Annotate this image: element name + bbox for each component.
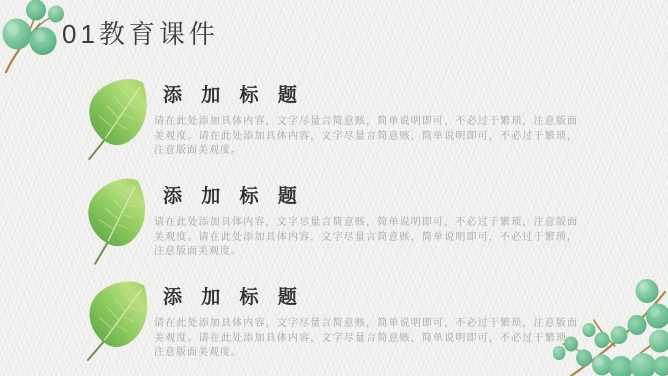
block-text: 添 加 标 题 请在此处添加具体内容，文字尽量言简意赅，简单说明即可，不必过于繁… [154, 278, 578, 361]
content-block-2: 添 加 标 题 请在此处添加具体内容，文字尽量言简意赅，简单说明即可，不必过于繁… [84, 177, 578, 278]
block-body: 请在此处添加具体内容，文字尽量言简意赅，简单说明即可，不必过于繁琐，注意版面美观… [154, 317, 578, 361]
block-body: 请在此处添加具体内容，文字尽量言简意赅，简单说明即可，不必过于繁琐，注意版面美观… [154, 216, 578, 260]
leaf-icon [84, 76, 152, 162]
block-title: 添 加 标 题 [163, 80, 578, 107]
leaf-icon [83, 277, 154, 365]
content-block-3: 添 加 标 题 请在此处添加具体内容，文字尽量言简意赅，简单说明即可，不必过于繁… [84, 278, 578, 376]
block-title: 添 加 标 题 [163, 282, 578, 309]
page-title: 01教育课件 [62, 14, 219, 51]
block-text: 添 加 标 题 请在此处添加具体内容，文字尽量言简意赅，简单说明即可，不必过于繁… [154, 177, 578, 260]
content-block-1: 添 加 标 题 请在此处添加具体内容，文字尽量言简意赅，简单说明即可，不必过于繁… [84, 76, 578, 177]
block-title: 添 加 标 题 [163, 181, 578, 208]
block-body: 请在此处添加具体内容，文字尽量言简意赅，简单说明即可，不必过于繁琐，注意版面美观… [154, 115, 578, 159]
content-blocks: 添 加 标 题 请在此处添加具体内容，文字尽量言简意赅，简单说明即可，不必过于繁… [84, 76, 578, 376]
block-text: 添 加 标 题 请在此处添加具体内容，文字尽量言简意赅，简单说明即可，不必过于繁… [154, 76, 578, 159]
leaf-icon [78, 173, 157, 268]
slide-canvas: 01教育课件 [0, 0, 668, 376]
